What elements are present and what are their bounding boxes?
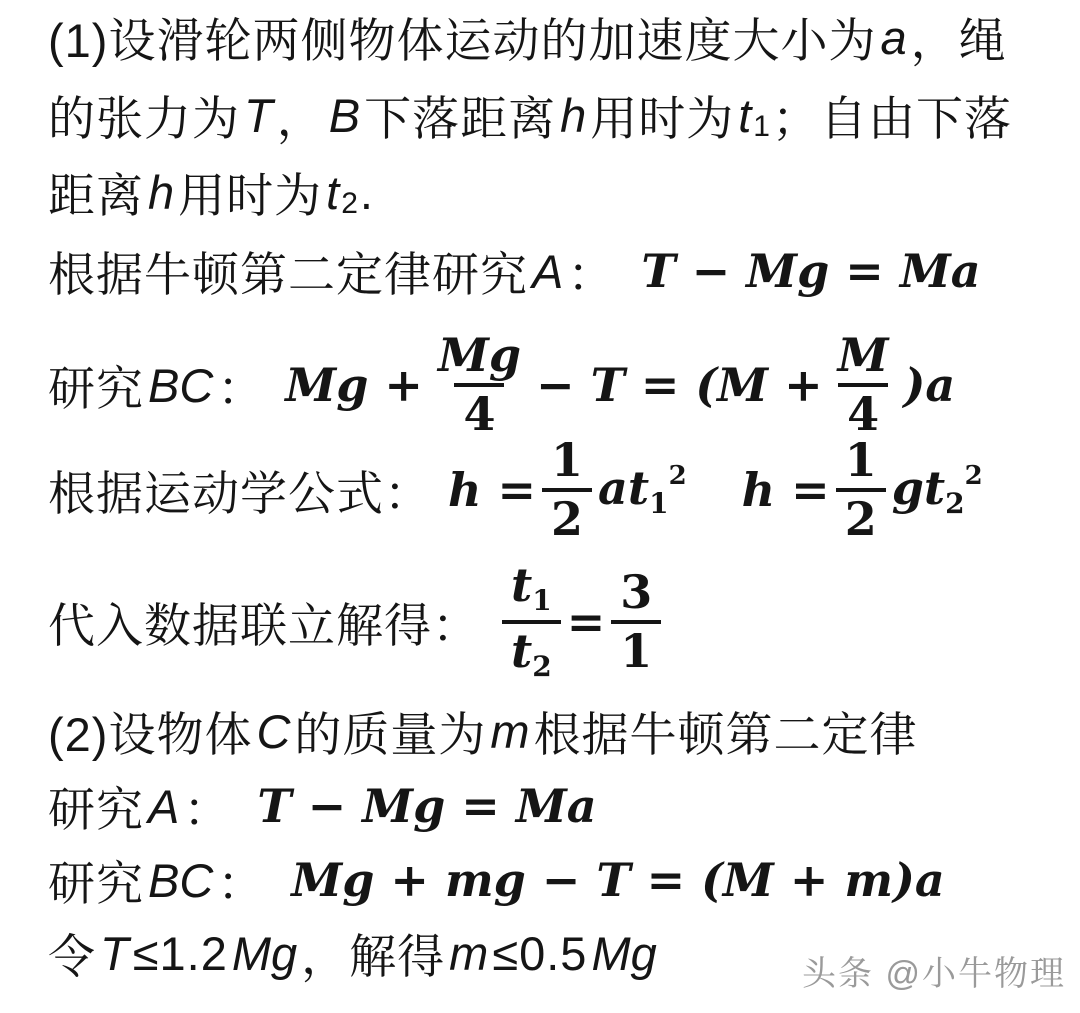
text-segment: 下落距离 bbox=[364, 82, 556, 149]
line-BC-equation-2: 研究 BC ： Mg + mg − T = (M + m)a bbox=[48, 849, 945, 911]
fraction-denominator: 1 bbox=[611, 620, 661, 675]
fraction-t1-over-t2: t1 t2 bbox=[502, 562, 561, 681]
math-expression: Mg + mg − T = (M + m)a bbox=[291, 853, 944, 907]
equals-sign: = bbox=[567, 595, 606, 649]
variable-m: m bbox=[490, 704, 529, 759]
fraction-numerator: t1 bbox=[502, 562, 561, 620]
text-segment: ；自由下落 bbox=[772, 82, 1012, 149]
math-expression: h = bbox=[742, 463, 830, 517]
equation-h-gt2: h = 1 2 gt22 bbox=[742, 437, 983, 543]
text-segment: 根据牛顿第二定律研究 bbox=[48, 238, 528, 305]
superscript-2: 2 bbox=[669, 461, 687, 491]
fraction-numerator: M bbox=[829, 332, 898, 383]
fraction-numerator: 1 bbox=[836, 437, 886, 488]
leq-value: ≤1.2 bbox=[133, 926, 228, 981]
text-segment: ，绳 bbox=[911, 4, 1007, 71]
math-expression: T − Mg = Ma bbox=[257, 779, 596, 833]
variable-A: A bbox=[532, 244, 563, 299]
line-newton-A-2: 研究 A ： T − Mg = Ma bbox=[48, 775, 597, 837]
math-expression: Mg + bbox=[285, 358, 423, 412]
equation-T-Mg-Ma: T − Mg = Ma bbox=[257, 779, 596, 833]
math-expression: )a bbox=[904, 358, 956, 412]
equation-BC-2: Mg + mg − T = (M + m)a bbox=[291, 853, 944, 907]
watermark: 头条 @小牛物理 bbox=[802, 946, 1066, 995]
variable-BC: BC bbox=[148, 358, 213, 413]
text-segment: 的张力为 bbox=[48, 82, 240, 149]
text-segment: 研究 bbox=[48, 847, 144, 914]
line-newton-A-1: 根据牛顿第二定律研究 A ： T − Mg = Ma bbox=[48, 240, 981, 302]
variable-Mg: Mg bbox=[591, 926, 656, 981]
variable-h: h bbox=[560, 88, 586, 143]
fraction-3-over-1: 3 1 bbox=[611, 569, 661, 675]
subscript-2: 2 bbox=[945, 487, 964, 520]
variable-t1: t bbox=[738, 88, 751, 143]
line-solve-ratio: 代入数据联立解得： t1 t2 = 3 1 bbox=[48, 545, 667, 699]
subscript-1: 1 bbox=[532, 584, 551, 617]
term-at1-squared: at12 bbox=[598, 461, 687, 520]
math-expression: t bbox=[511, 558, 532, 612]
superscript-2: 2 bbox=[965, 461, 983, 491]
text-segment: 研究 bbox=[48, 773, 144, 840]
fraction-1-over-2: 1 2 bbox=[836, 437, 886, 543]
text-segment: 令 bbox=[48, 920, 96, 987]
text-segment: 研究 bbox=[48, 352, 144, 419]
variable-h: h bbox=[148, 165, 174, 220]
variable-t2: t bbox=[326, 165, 339, 220]
variable-T: T bbox=[244, 88, 273, 143]
text-segment: 根据牛顿第二定律 bbox=[534, 698, 918, 765]
text-segment: . bbox=[360, 165, 374, 220]
fraction-numerator: 3 bbox=[611, 569, 661, 620]
fraction-denominator: 2 bbox=[836, 488, 886, 543]
variable-C: C bbox=[256, 704, 290, 759]
line-final-answer: 令 T ≤1.2 Mg ，解得 m ≤0.5 Mg bbox=[48, 922, 661, 984]
fraction-denominator: t2 bbox=[502, 620, 561, 682]
text-segment: (2)设物体 bbox=[48, 698, 252, 765]
math-expression: at bbox=[598, 461, 649, 515]
fraction-numerator: 1 bbox=[542, 437, 592, 488]
variable-B: B bbox=[329, 88, 360, 143]
line-intro-2: 的张力为 T ， B 下落距离 h 用时为 t 1 ；自由下落 bbox=[48, 84, 1012, 146]
equation-T-Mg-Ma: T − Mg = Ma bbox=[641, 244, 980, 298]
subscript-2: 2 bbox=[532, 650, 551, 683]
variable-BC: BC bbox=[148, 853, 213, 908]
variable-Mg: Mg bbox=[232, 926, 297, 981]
subscript-1: 1 bbox=[753, 110, 770, 144]
text-segment: 代入数据联立解得： bbox=[48, 589, 480, 656]
equation-t1-t2-ratio: t1 t2 = 3 1 bbox=[496, 562, 667, 681]
text-segment: ， bbox=[277, 82, 325, 149]
equation-h-at1: h = 1 2 at12 bbox=[448, 437, 687, 543]
line-intro-1: (1)设滑轮两侧物体运动的加速度大小为 a ，绳 bbox=[48, 6, 1007, 68]
text-segment: 距离 bbox=[48, 159, 144, 226]
line-kinematics: 根据运动学公式： h = 1 2 at12 h = 1 2 gt22 bbox=[48, 413, 983, 567]
subscript-2: 2 bbox=[341, 187, 358, 221]
colon: ： bbox=[217, 847, 265, 914]
variable-a: a bbox=[880, 10, 906, 65]
term-gt2-squared: gt22 bbox=[892, 461, 983, 520]
text-segment: 用时为 bbox=[590, 82, 734, 149]
math-expression: t bbox=[511, 624, 532, 678]
math-expression: gt bbox=[892, 461, 945, 515]
colon: ： bbox=[567, 238, 615, 305]
variable-T: T bbox=[100, 926, 129, 981]
variable-A: A bbox=[148, 779, 179, 834]
math-expression: − T = (M + bbox=[536, 358, 823, 412]
text-segment: 用时为 bbox=[178, 159, 322, 226]
subscript-1: 1 bbox=[649, 487, 668, 520]
line-part2-intro: (2)设物体 C 的质量为 m 根据牛顿第二定律 bbox=[48, 700, 918, 762]
text-segment: ，解得 bbox=[301, 920, 445, 987]
line-intro-3: 距离 h 用时为 t 2 . bbox=[48, 161, 374, 223]
fraction-denominator: 2 bbox=[542, 488, 592, 543]
math-expression: h = bbox=[448, 463, 536, 517]
text-segment: (1)设滑轮两侧物体运动的加速度大小为 bbox=[48, 4, 876, 71]
fraction-numerator: Mg bbox=[429, 332, 530, 383]
math-expression: T − Mg = Ma bbox=[641, 244, 980, 298]
leq-value: ≤0.5 bbox=[492, 926, 587, 981]
solution-document: (1)设滑轮两侧物体运动的加速度大小为 a ，绳 的张力为 T ， B 下落距离… bbox=[0, 0, 1080, 1013]
colon: ： bbox=[183, 773, 231, 840]
variable-m: m bbox=[449, 926, 488, 981]
colon: ： bbox=[217, 352, 265, 419]
text-segment: 的质量为 bbox=[294, 698, 486, 765]
fraction-1-over-2: 1 2 bbox=[542, 437, 592, 543]
text-segment: 根据运动学公式： bbox=[48, 457, 432, 524]
